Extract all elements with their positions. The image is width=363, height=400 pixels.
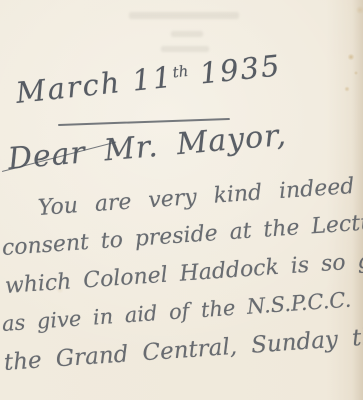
date-text: March 11 xyxy=(14,60,175,110)
letterhead-faint-line xyxy=(161,46,209,52)
salutation: Dear Mr. Mayor, xyxy=(6,118,288,177)
letterhead-faint-line xyxy=(129,12,239,19)
letter-page: March 11th 1935 Dear Mr. Mayor, You are … xyxy=(0,0,363,400)
letterhead-faint-line xyxy=(171,31,203,37)
date-day-suffix: th xyxy=(172,62,189,82)
date-year: 1935 xyxy=(198,48,283,90)
letter-date: March 11th 1935 xyxy=(14,48,283,110)
